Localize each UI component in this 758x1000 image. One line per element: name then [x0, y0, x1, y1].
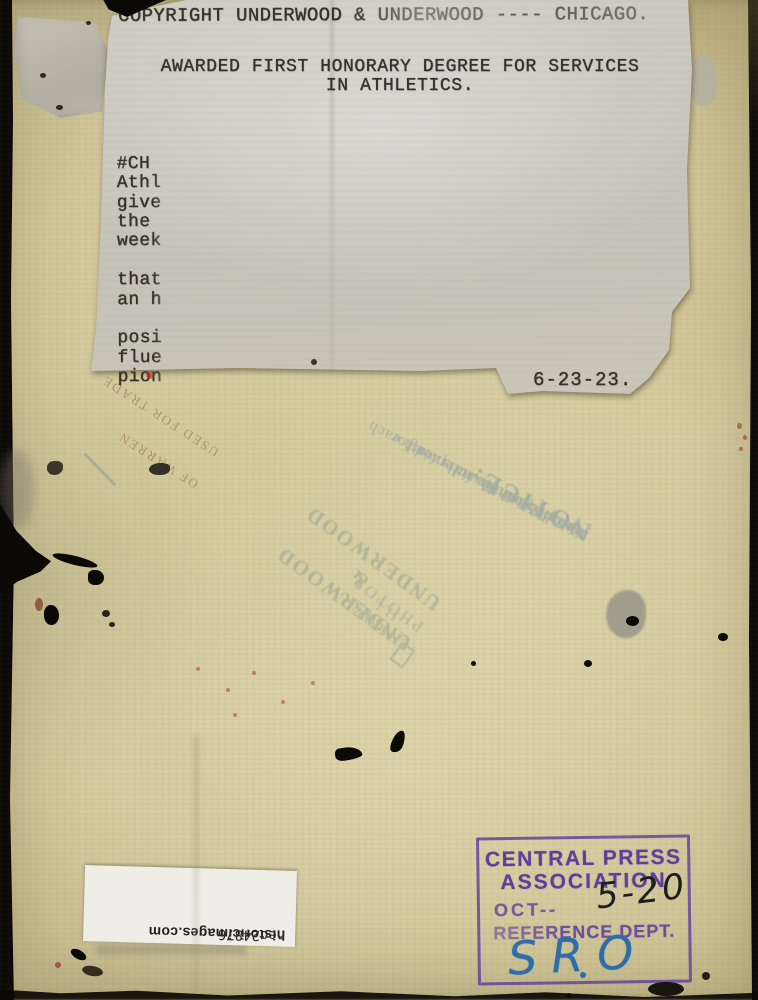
red-speck	[737, 423, 742, 429]
red-speck	[739, 447, 743, 451]
ink-speck	[56, 105, 63, 110]
red-speck	[311, 681, 315, 685]
red-speck	[743, 435, 747, 440]
ink-speck	[471, 661, 476, 666]
handwritten-initials: SRO	[507, 924, 649, 985]
ink-speck	[86, 21, 91, 25]
sticker-residue	[96, 944, 246, 955]
ink-speck	[626, 616, 639, 626]
paper-crease	[194, 735, 198, 1000]
red-speck	[233, 713, 237, 717]
red-speck	[146, 371, 154, 379]
red-speck	[226, 688, 230, 692]
ink-blot	[149, 463, 170, 475]
ink-dot	[580, 972, 586, 978]
red-speck	[35, 598, 43, 611]
photo-back-scan: UNDERWOOD & UNDERWOOD NEWS PHOTOS CHICAG…	[0, 0, 758, 1000]
sticker-id-text: neo24876	[218, 926, 286, 944]
ink-blot	[648, 982, 684, 996]
ink-speck	[702, 972, 710, 980]
ink-speck	[40, 73, 46, 78]
red-speck	[281, 700, 285, 704]
gray-blot	[606, 590, 646, 638]
red-speck	[55, 962, 61, 968]
stamp-line: OCT--	[494, 899, 558, 921]
ink-speck	[584, 660, 592, 667]
caption-headline: AWARDED FIRST HONORARY DEGREE FOR SERVIC…	[112, 57, 688, 77]
caption-text: #CH 17266 -- photo of A. A. Stagg, direc…	[116, 116, 162, 388]
ink-speck	[311, 359, 317, 365]
red-speck	[252, 671, 256, 675]
caption-headline: IN ATHLETICS.	[112, 76, 688, 96]
paper-crease	[330, 0, 334, 370]
copyright-line: COPYRIGHT UNDERWOOD & UNDERWOOD ---- CHI…	[118, 3, 649, 27]
ink-speck	[109, 622, 115, 627]
ink-speck	[102, 610, 110, 617]
ink-blot	[44, 605, 59, 625]
date-stamp: 6-23-23.	[533, 369, 632, 391]
ink-blot	[88, 570, 104, 585]
inventory-sticker: historicimages.com neo24876	[83, 865, 297, 947]
red-speck	[196, 667, 200, 671]
ink-speck	[718, 633, 728, 641]
